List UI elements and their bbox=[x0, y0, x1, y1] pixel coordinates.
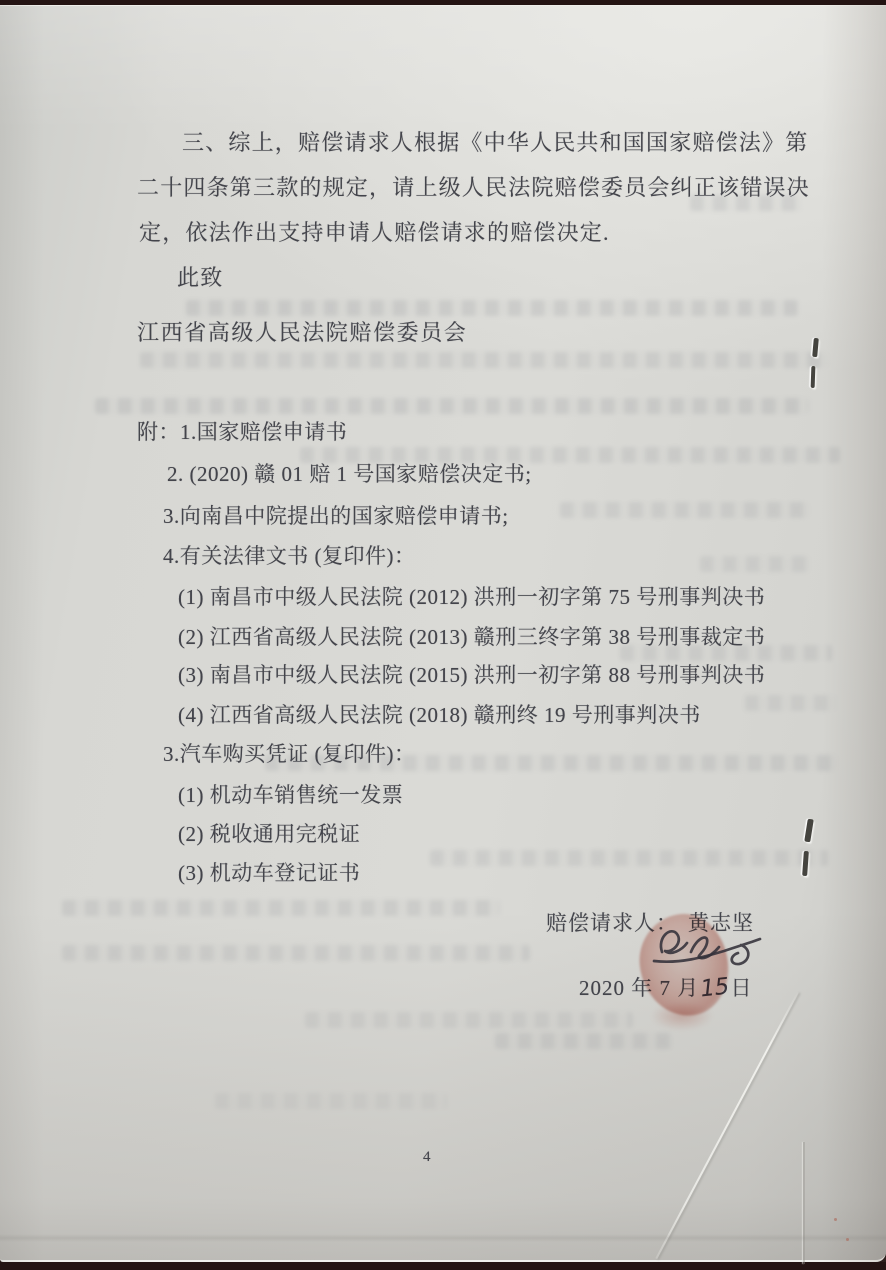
body-line: 三、综上，赔偿请求人根据《中华人民共和国国家赔偿法》第 bbox=[182, 126, 808, 157]
bleedthrough-smudge bbox=[62, 900, 500, 916]
bleedthrough-smudge bbox=[62, 945, 530, 961]
staple-mark bbox=[811, 366, 816, 388]
ink-speck bbox=[846, 1238, 849, 1241]
bleedthrough-smudge bbox=[305, 1012, 633, 1028]
bleedthrough-smudge bbox=[495, 1033, 673, 1049]
paper-crease bbox=[803, 1142, 805, 1264]
attachment-item: (3) 机动车登记证书 bbox=[178, 857, 360, 887]
bleedthrough-smudge bbox=[745, 695, 837, 711]
bleedthrough-smudge bbox=[560, 502, 810, 518]
attachment-item: (1) 南昌市中级人民法院 (2012) 洪刑一初字第 75 号刑事判决书 bbox=[178, 581, 765, 611]
bleedthrough-smudge bbox=[700, 556, 810, 572]
salutation: 此致 bbox=[177, 261, 223, 292]
attachment-item: 4.有关法律文书 (复印件)： bbox=[163, 540, 416, 570]
bleedthrough-smudge bbox=[186, 300, 798, 316]
bleedthrough-smudge bbox=[430, 850, 828, 866]
page-number: 4 bbox=[423, 1149, 431, 1166]
addressee: 江西省高级人民法院赔偿委员会 bbox=[137, 316, 467, 347]
attachment-item: 3.向南昌中院提出的国家赔偿申请书; bbox=[163, 500, 509, 530]
attachment-item: (2) 江西省高级人民法院 (2013) 赣刑三终字第 38 号刑事裁定书 bbox=[178, 621, 765, 651]
bleedthrough-smudge bbox=[95, 398, 809, 414]
attachment-item: (1) 机动车销售统一发票 bbox=[178, 779, 403, 809]
page-edge-shadow bbox=[822, 5, 886, 1262]
attachment-item: (2) 税收通用完税证 bbox=[178, 818, 360, 848]
page-edge-shadow bbox=[0, 5, 44, 1262]
attachment-item: (3) 南昌市中级人民法院 (2015) 洪刑一初字第 88 号刑事判决书 bbox=[178, 659, 765, 689]
attachment-item: 附：1.国家赔偿申请书 bbox=[137, 416, 347, 446]
red-fingerprint-stamp bbox=[652, 1002, 712, 1030]
bleedthrough-smudge bbox=[215, 1093, 447, 1109]
attachment-item: 3.汽车购买凭证 (复印件)： bbox=[163, 738, 416, 768]
photo-surface: 三、综上，赔偿请求人根据《中华人民共和国国家赔偿法》第 二十四条第三款的规定，请… bbox=[0, 0, 886, 1270]
bleedthrough-smudge bbox=[140, 352, 828, 368]
ink-speck bbox=[834, 1218, 837, 1221]
paper-wrinkle bbox=[0, 1234, 886, 1242]
handwritten-signature bbox=[646, 922, 768, 970]
body-line: 二十四条第三款的规定，请上级人民法院赔偿委员会纠正该错误决 bbox=[137, 171, 810, 202]
attachment-item: (4) 江西省高级人民法院 (2018) 赣刑终 19 号刑事判决书 bbox=[178, 699, 701, 729]
date-day-suffix: 日 bbox=[731, 976, 753, 1000]
attachment-item: 2. (2020) 赣 01 赔 1 号国家赔偿决定书; bbox=[167, 458, 532, 488]
body-line: 定，依法作出支持申请人赔偿请求的赔偿决定. bbox=[139, 216, 610, 247]
